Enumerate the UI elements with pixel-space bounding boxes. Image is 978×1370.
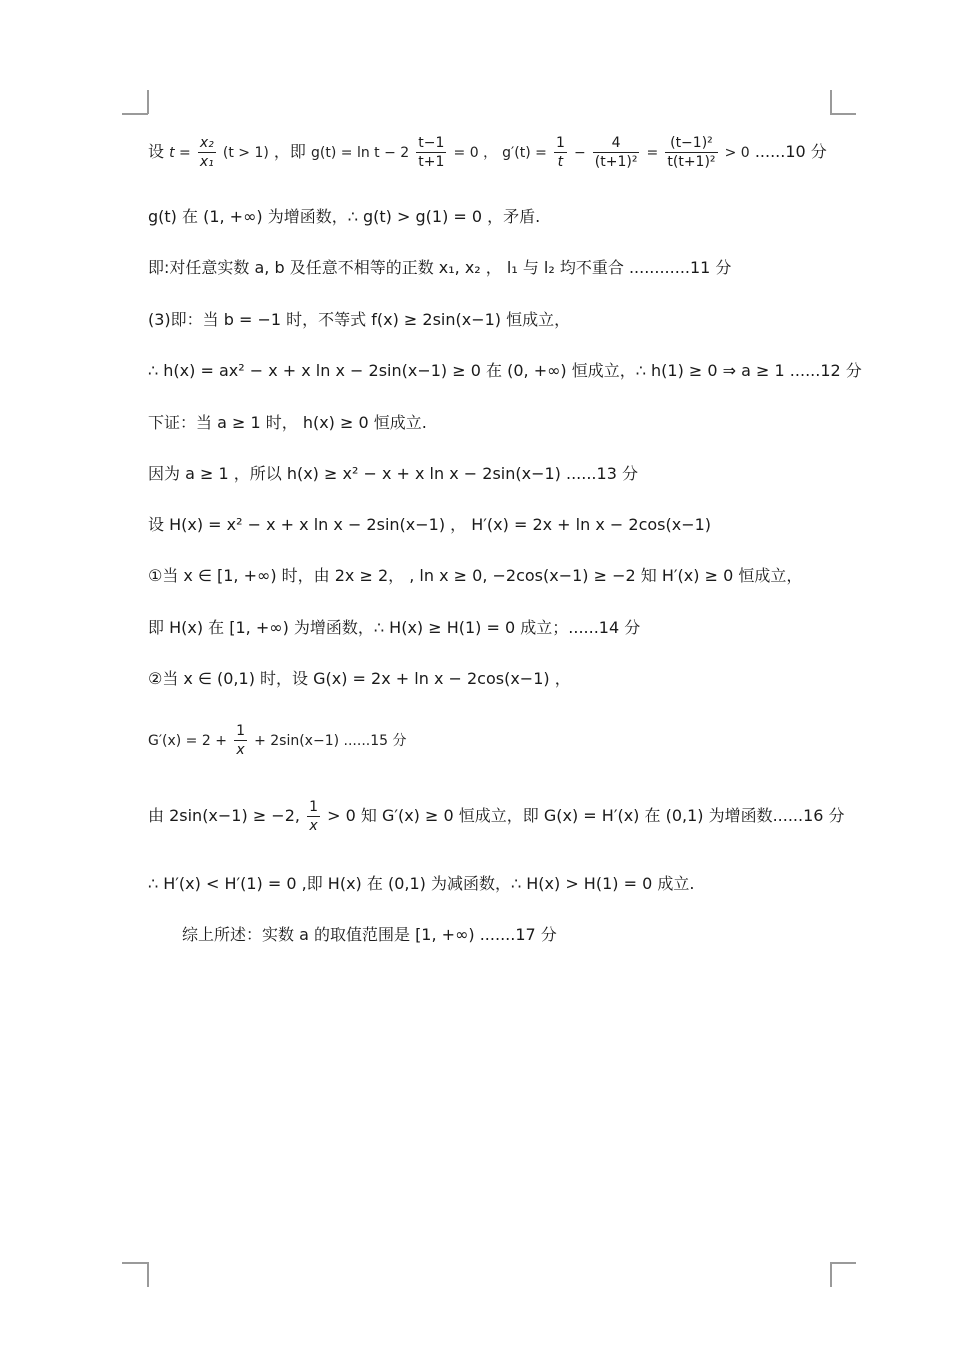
fraction-1-over-x: 1x <box>234 722 247 759</box>
line-5: ∴ h(x) = ax² − x + x ln x − 2sin(x−1) ≥ … <box>148 360 862 382</box>
line-8: 设 H(x) = x² − x + x ln x − 2sin(x−1) ， H… <box>148 514 711 536</box>
math: > 0 知 G′(x) ≥ 0 恒成立，即 G(x) = H′(x) 在 (0,… <box>327 806 844 825</box>
math: (t > 1) <box>223 145 269 161</box>
math: = <box>647 145 659 161</box>
fraction-1-over-t: 1t <box>554 134 567 171</box>
math: − <box>574 145 586 161</box>
crop-mark-bottom-right-v <box>830 1262 832 1287</box>
crop-mark-bottom-left-h <box>122 1262 148 1264</box>
fraction-4-over-t-plus-1-squared: 4(t+1)² <box>593 134 640 171</box>
line-15-conclusion: 综上所述：实数 a 的取值范围是 [1, +∞) .......17 分 <box>182 924 557 946</box>
crop-mark-bottom-left-v <box>147 1262 149 1287</box>
text: 设 <box>148 142 164 161</box>
line-10: 即 H(x) 在 [1, +∞) 为增函数，∴ H(x) ≥ H(1) = 0 … <box>148 617 640 639</box>
crop-mark-top-right-h <box>830 113 856 115</box>
fraction-result: (t−1)²t(t+1)² <box>665 134 717 171</box>
line-7: 因为 a ≥ 1 ，所以 h(x) ≥ x² − x + x ln x − 2s… <box>148 463 638 485</box>
line-13: 由 2sin(x−1) ≥ −2, 1x > 0 知 G′(x) ≥ 0 恒成立… <box>148 798 845 835</box>
line-12-G-derivative: G′(x) = 2 + 1x + 2sin(x−1) ......15 分 <box>148 722 407 759</box>
math: > 0 <box>725 145 750 161</box>
crop-mark-top-right-v <box>830 90 832 114</box>
line-6: 下证：当 a ≥ 1 时， h(x) ≥ 0 恒成立. <box>148 412 427 434</box>
math: t = <box>169 145 191 161</box>
math: g(t) = ln t − 2 <box>311 145 409 161</box>
line-9-case1: ①当 x ∈ [1, +∞) 时，由 2x ≥ 2， , ln x ≥ 0, −… <box>148 565 802 587</box>
crop-mark-bottom-right-h <box>830 1262 856 1264</box>
line-2: g(t) 在 (1, +∞) 为增函数，∴ g(t) > g(1) = 0 ，矛… <box>148 206 540 228</box>
crop-mark-top-left-v <box>147 90 149 114</box>
fraction-t-minus-1-over-t-plus-1: t−1t+1 <box>416 134 446 171</box>
math: + 2sin(x−1) ......15 分 <box>254 733 406 749</box>
line-4-part3-intro: (3)即：当 b = −1 时，不等式 f(x) ≥ 2sin(x−1) 恒成立… <box>148 309 570 331</box>
math: = 0 ， <box>454 145 498 161</box>
math: G′(x) = 2 + <box>148 733 227 749</box>
crop-mark-top-left-h <box>122 113 148 115</box>
math: 由 2sin(x−1) ≥ −2, <box>148 806 300 825</box>
math: g′(t) = <box>502 145 547 161</box>
line-1-g-derivative: 设 t = x₂x₁ (t > 1) ，即 g(t) = ln t − 2 t−… <box>148 134 827 171</box>
line-14: ∴ H′(x) < H′(1) = 0 ,即 H(x) 在 (0,1) 为减函数… <box>148 873 694 895</box>
line-11-case2: ②当 x ∈ (0,1) 时，设 G(x) = 2x + ln x − 2cos… <box>148 668 571 690</box>
line-3: 即:对任意实数 a, b 及任意不相等的正数 x₁, x₂ ， l₁ 与 l₂ … <box>148 257 731 279</box>
score-label: ......10 分 <box>755 142 827 161</box>
fraction-x2-over-x1: x₂x₁ <box>198 134 216 171</box>
text: ，即 <box>274 142 306 161</box>
fraction-1-over-x: 1x <box>307 798 320 835</box>
